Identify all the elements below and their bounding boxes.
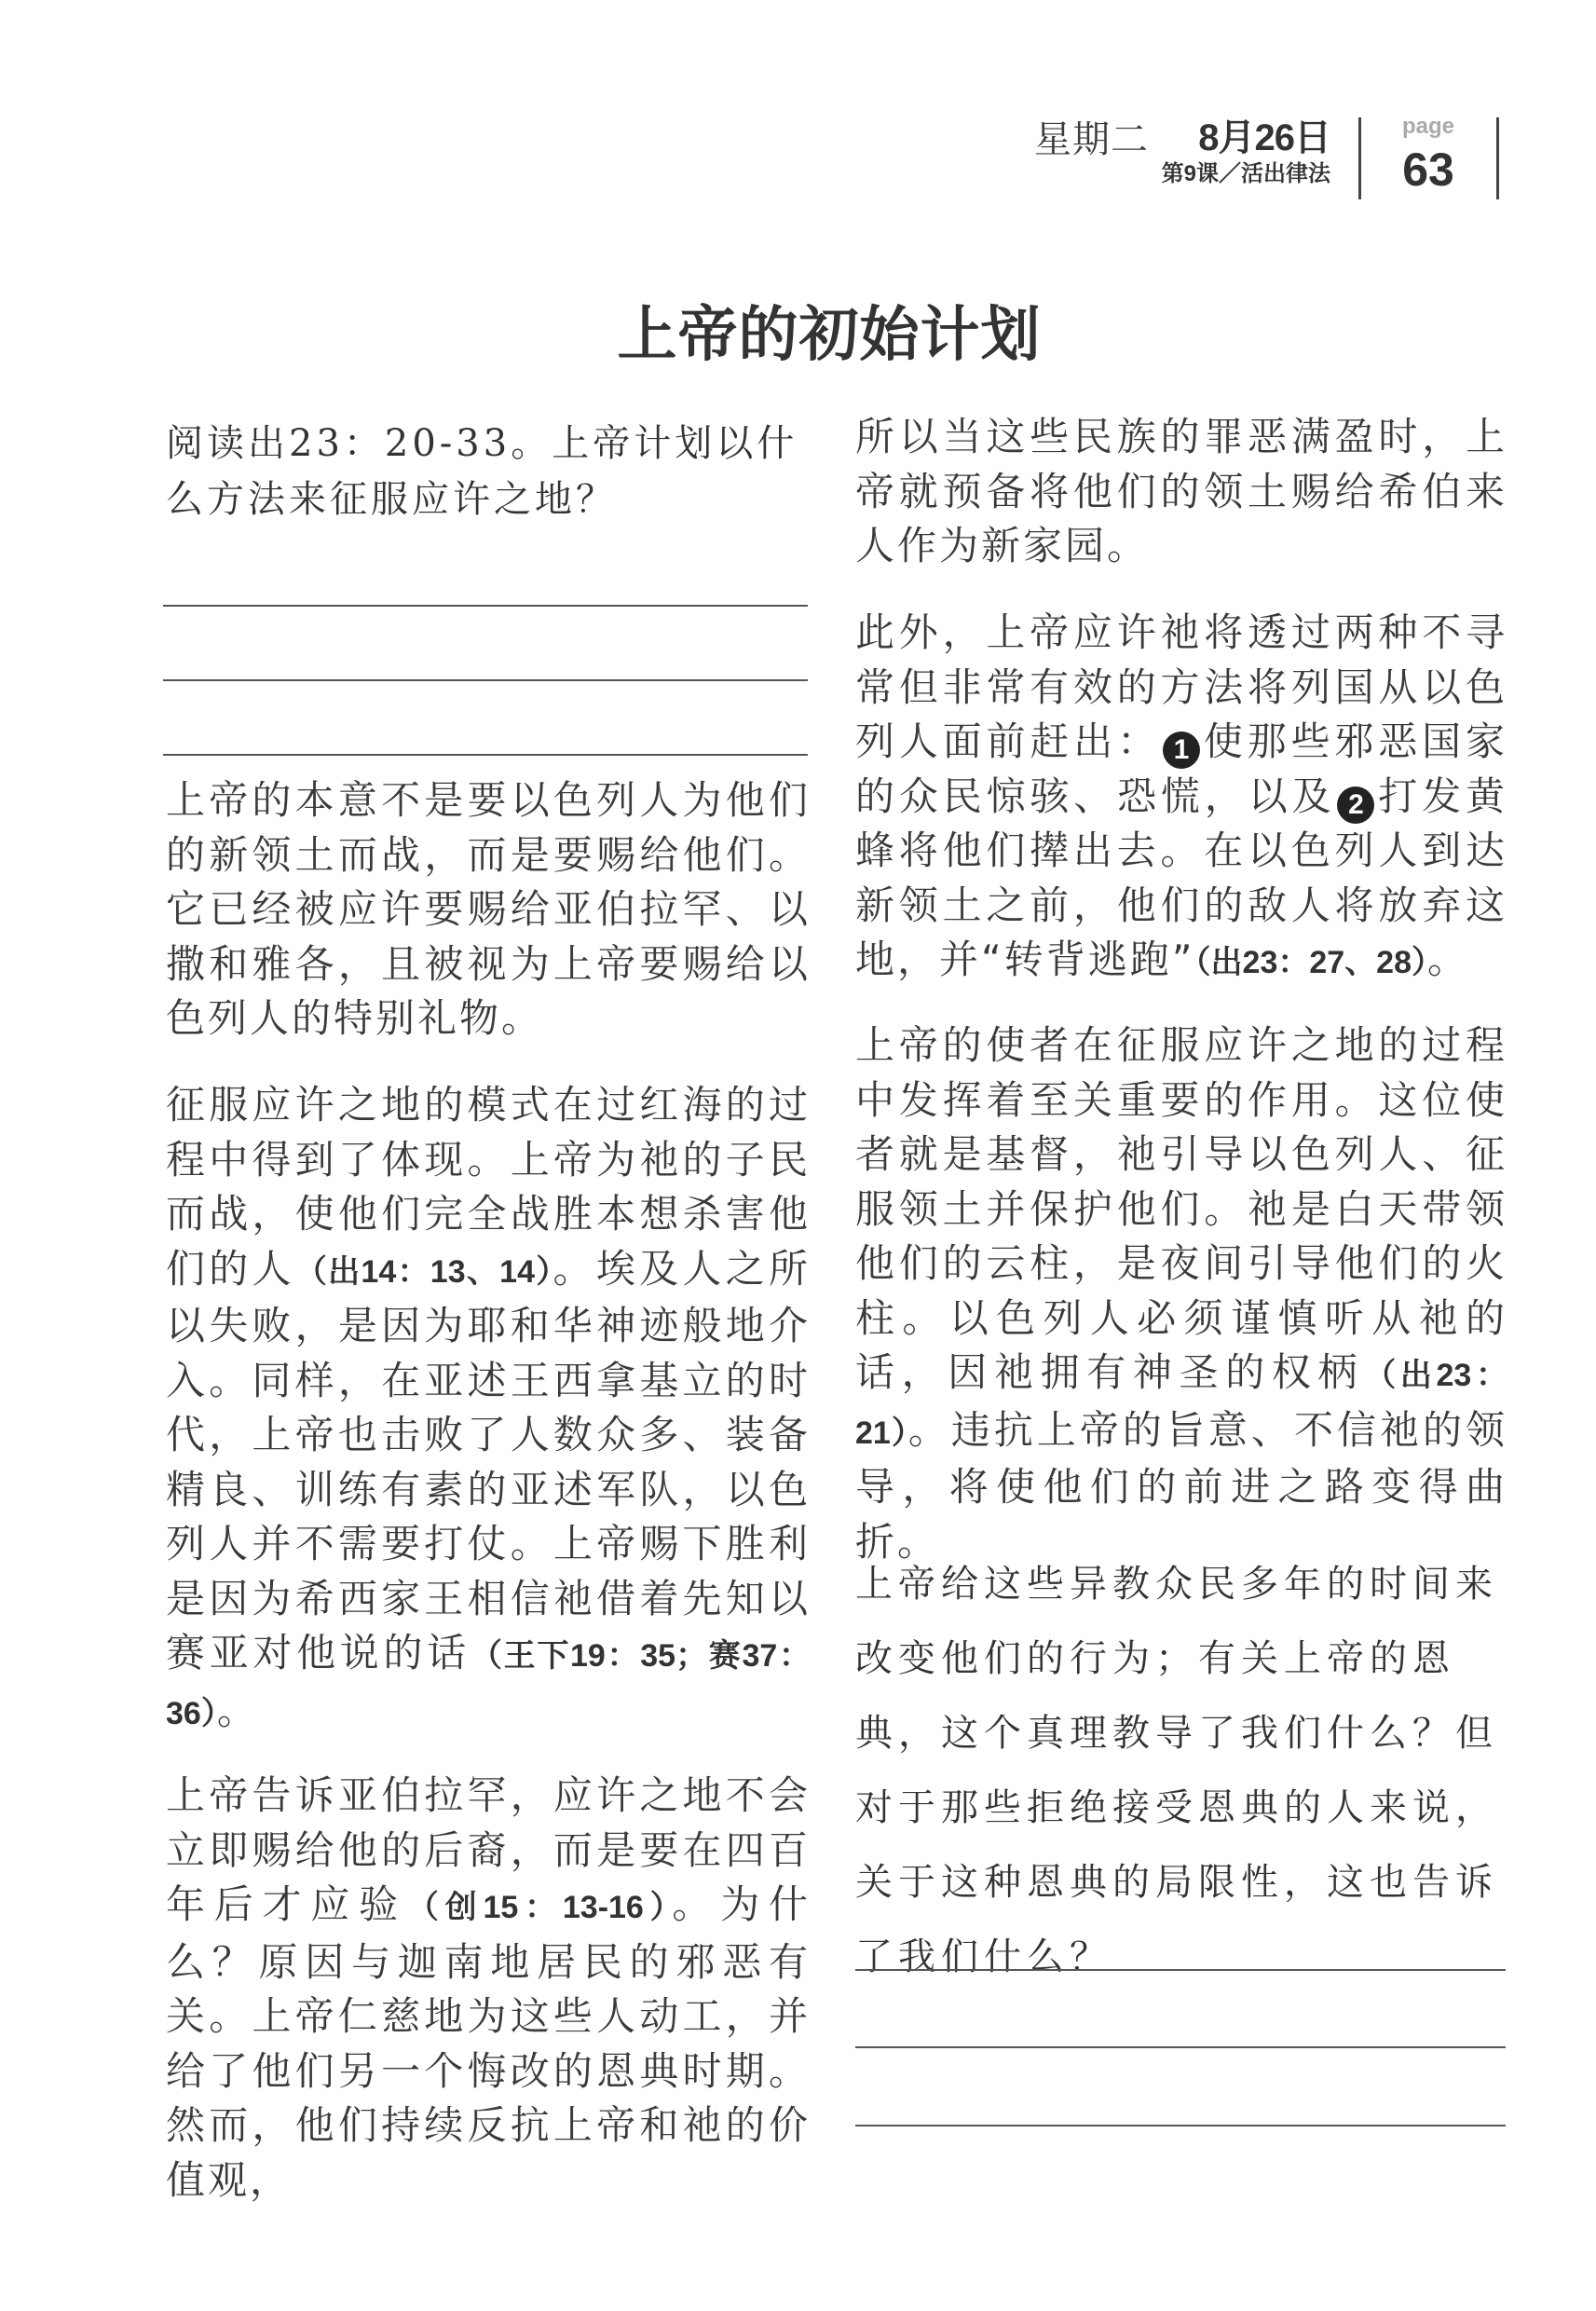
answer-line-4[interactable] <box>855 1969 1506 1971</box>
paragraph-text-end: 。 <box>1427 937 1469 982</box>
right-paragraph-3: 上帝的使者在征服应许之地的过程中发挥着至关重要的作用。这位使者就是基督，祂引导以… <box>855 1019 1507 1569</box>
scripture-reference: （创15：13-16） <box>407 1890 672 1925</box>
page-title: 上帝的初始计划 <box>522 296 1137 375</box>
answer-line-5[interactable] <box>855 2046 1506 2048</box>
paragraph-text: 上帝的本意不是要以色列人为他们的新领土而战，而是要赐给他们。它已经被应许要赐给亚… <box>166 773 811 1046</box>
answer-line-6[interactable] <box>855 2125 1506 2126</box>
paragraph-text: 征服应许之地的模式在过红海的过程中得到了体现。上帝为祂的子民而战，使他们完全战胜… <box>166 1078 811 1741</box>
paragraph-text: 上帝告诉亚伯拉罕，应许之地不会立即赐给他的后裔，而是要在四百年后才应验（创15：… <box>166 1769 811 2208</box>
lesson-label: 第9课／活出律法 <box>1118 160 1330 188</box>
paragraph-text: 所以当这些民族的罪恶满盈时，上帝就预备将他们的领土赐给希伯来人作为新家园。 <box>855 410 1507 574</box>
paragraph-text: 此外，上帝应许祂将透过两种不寻常但非常有效的方法将列国从以色列人面前赶出：1使那… <box>855 606 1507 991</box>
date-label: 8月26日 <box>1155 116 1330 160</box>
question-text: 上帝给这些异教众民多年的时间来改变他们的行为；有关上帝的恩典，这个真理教导了我们… <box>855 1547 1507 1994</box>
paragraph-text-after: 。埃及人之所以失败，是因为耶和华神迹般地介入。同样，在亚述王西拿基立的时代，上帝… <box>166 1246 811 1676</box>
answer-line-1[interactable] <box>163 605 808 607</box>
paragraph-text-after: 。为什么？原因与迦南地居民的邪恶有关。上帝仁慈地为这些人动工，并给了他们另一个悔… <box>166 1881 811 2203</box>
answer-line-3[interactable] <box>163 754 808 756</box>
answer-line-2[interactable] <box>163 679 808 681</box>
right-paragraph-2: 此外，上帝应许祂将透过两种不寻常但非常有效的方法将列国从以色列人面前赶出：1使那… <box>855 606 1507 991</box>
number-badge-1: 1 <box>1163 732 1200 769</box>
left-paragraph-1: 上帝的本意不是要以色列人为他们的新领土而战，而是要赐给他们。它已经被应许要赐给亚… <box>166 773 811 1046</box>
right-question: 上帝给这些异教众民多年的时间来改变他们的行为；有关上帝的恩典，这个真理教导了我们… <box>855 1547 1507 1994</box>
left-question: 阅读出23：20-33。上帝计划以什么方法来征服应许之地？ <box>166 416 811 527</box>
paragraph-text-before: 上帝的使者在征服应许之地的过程中发挥着至关重要的作用。这位使者就是基督，祂引导以… <box>855 1022 1507 1395</box>
scripture-reference: （出14：13、14） <box>295 1254 553 1290</box>
paragraph-text-after: 。违抗上帝的旨意、不信祂的领导，将使他们的前进之路变得曲折。 <box>855 1407 1507 1565</box>
header-divider-right <box>1496 117 1499 199</box>
number-badge-2: 2 <box>1337 786 1374 824</box>
question-text: 阅读出23：20-33。上帝计划以什么方法来征服应许之地？ <box>166 416 811 527</box>
paragraph-text: 上帝的使者在征服应许之地的过程中发挥着至关重要的作用。这位使者就是基督，祂引导以… <box>855 1019 1507 1569</box>
page-number: 63 <box>1379 144 1478 196</box>
weekday-label: 星期二 <box>1034 117 1149 162</box>
header-divider-left <box>1358 117 1361 199</box>
page-label: page <box>1379 114 1478 140</box>
left-paragraph-2: 征服应许之地的模式在过红海的过程中得到了体现。上帝为祂的子民而战，使他们完全战胜… <box>166 1078 811 1741</box>
right-paragraph-1: 所以当这些民族的罪恶满盈时，上帝就预备将他们的领土赐给希伯来人作为新家园。 <box>855 410 1507 574</box>
scripture-reference: （出23：27、28） <box>1195 945 1427 980</box>
left-paragraph-3: 上帝告诉亚伯拉罕，应许之地不会立即赐给他的后裔，而是要在四百年后才应验（创15：… <box>166 1769 811 2208</box>
paragraph-text-end: 。 <box>217 1688 259 1733</box>
